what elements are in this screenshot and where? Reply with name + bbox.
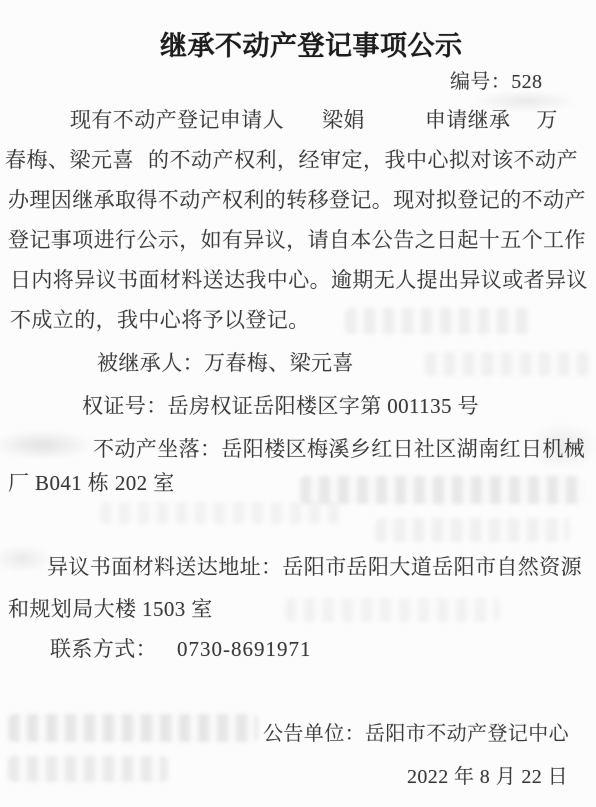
body-line-5: 日内将异议书面材料送达我中心。逾期无人提出异议或者异议 bbox=[10, 267, 588, 293]
blank-space bbox=[134, 166, 148, 167]
body-line-6: 不成立的，我中心将予以登记。 bbox=[10, 307, 310, 333]
decedent-name-rest: 春梅、梁元喜 bbox=[5, 148, 134, 172]
scan-noise bbox=[300, 476, 585, 504]
blank-space bbox=[365, 126, 425, 127]
objection-address-line-1: 异议书面材料送达地址：岳阳市岳阳大道岳阳市自然资源 bbox=[47, 554, 582, 580]
body-line-2: 春梅、梁元喜的不动产权利，经审定，我中心拟对该不动产 bbox=[5, 147, 578, 173]
blank-space bbox=[157, 655, 177, 656]
scan-noise bbox=[8, 714, 258, 742]
scan-noise bbox=[0, 430, 95, 460]
scan-noise bbox=[100, 502, 340, 524]
decedent-line: 被继承人：万春梅、梁元喜 bbox=[97, 350, 354, 376]
body-intro: 现有不动产登记申请人 bbox=[70, 108, 284, 132]
scan-noise bbox=[0, 545, 52, 573]
page-title: 继承不动产登记事项公示 bbox=[160, 24, 463, 63]
scan-noise bbox=[375, 518, 570, 542]
doc-number: 编号：528 bbox=[450, 69, 542, 95]
scan-noise bbox=[425, 352, 590, 376]
contact-phone: 0730-8691971 bbox=[177, 637, 312, 661]
body-line-4: 登记事项进行公示，如有异议，请自本公告之日起十五个工作 bbox=[8, 227, 586, 253]
applicant-name: 梁娟 bbox=[322, 108, 365, 132]
scan-noise bbox=[285, 598, 500, 622]
decedent-name-start: 万 bbox=[536, 108, 557, 132]
issuer-line: 公告单位：岳阳市不动产登记中心 bbox=[263, 721, 569, 747]
location-line-2: 厂 B041 栋 202 室 bbox=[8, 470, 175, 496]
blank-space bbox=[284, 126, 322, 127]
body-verb: 申请继承 bbox=[425, 108, 511, 132]
blank-space bbox=[510, 126, 536, 127]
contact-line: 联系方式：0730-8691971 bbox=[50, 636, 312, 662]
objection-address-line-2: 和规划局大楼 1503 室 bbox=[8, 596, 213, 622]
body-line-3: 办理因继承取得不动产权利的转移登记。现对拟登记的不动产 bbox=[8, 187, 586, 213]
location-line-1: 不动产坐落：岳阳楼区梅溪乡红日社区湖南红日机械 bbox=[93, 436, 585, 462]
scan-noise bbox=[8, 756, 168, 782]
body-line-2-text: 的不动产权利，经审定，我中心拟对该不动产 bbox=[148, 148, 578, 172]
date-line: 2022 年 8 月 22 日 bbox=[407, 764, 568, 790]
body-line-1: 现有不动产登记申请人梁娟申请继承万 bbox=[70, 107, 558, 133]
scan-noise bbox=[345, 308, 530, 334]
certificate-line: 权证号：岳房权证岳阳楼区字第 001135 号 bbox=[82, 393, 479, 419]
contact-label: 联系方式： bbox=[50, 637, 157, 661]
notice-document: 继承不动产登记事项公示 编号：528 现有不动产登记申请人梁娟申请继承万 春梅、… bbox=[0, 0, 596, 807]
